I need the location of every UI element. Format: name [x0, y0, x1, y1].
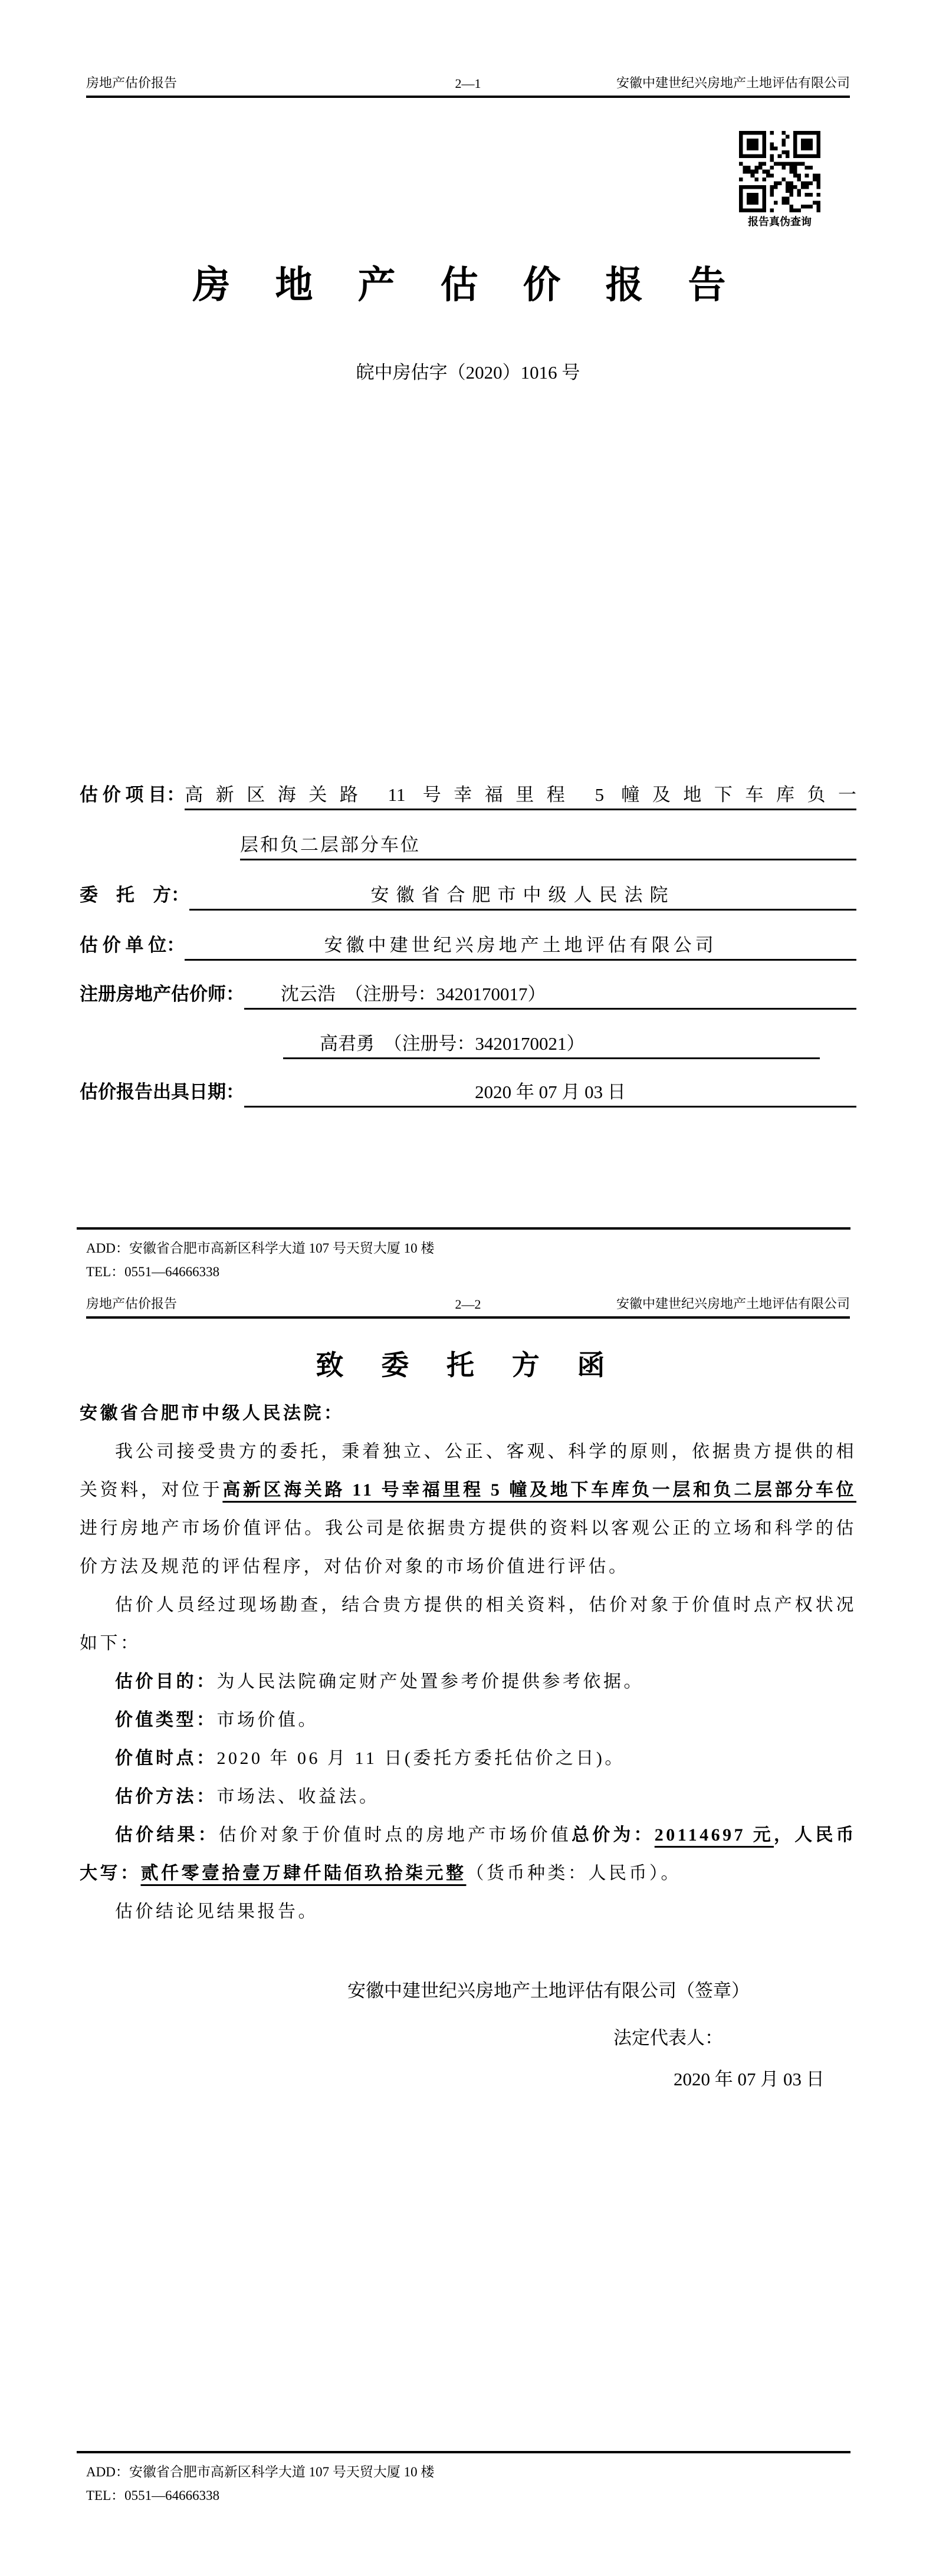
- letter-paragraph-7: 估价结果：估价对象于价值时点的房地产市场价值总价为：20114697 元，人民币…: [80, 1816, 856, 1892]
- field-client-label: 委 托 方：: [80, 880, 189, 911]
- signature-legal-representative: 法定代表人：: [613, 2023, 723, 2049]
- field-appraiser1-value: 沈云浩 （注册号：3420170017）: [244, 979, 856, 1010]
- field-project-line2: 层和负二层部分车位: [80, 830, 856, 860]
- field-appraiser-2: 高君勇 （注册号：3420170021）: [80, 1029, 856, 1059]
- letter-paragraph-2: 估价人员经过现场勘查，结合贵方提供的相关资料，估价对象于价值时点产权状况如下：: [80, 1586, 856, 1662]
- field-issue-date-label: 估价报告出具日期：: [80, 1077, 244, 1108]
- qr-code-image: [739, 131, 820, 212]
- page2-footer: ADD：安徽省合肥市高新区科学大道 107 号天贸大厦 10 楼 TEL：055…: [77, 2451, 850, 2508]
- footer-tel: TEL：0551—64666338: [86, 1260, 850, 1284]
- page2-header-page-number: 2—2: [86, 1297, 850, 1312]
- field-project-value-line2: 层和负二层部分车位: [240, 830, 856, 860]
- field-agency-value: 安徽中建世纪兴房地产土地评估有限公司: [185, 930, 856, 961]
- page2-header: 房地产估价报告 2—2 安徽中建世纪兴房地产土地评估有限公司: [86, 1294, 850, 1319]
- field-project-value: 高新区海关路 11 号幸福里程 5 幢及地下车库负一: [185, 780, 856, 810]
- letter-paragraph-5: 价值时点：2020 年 06 月 11 日(委托方委托估价之日)。: [80, 1739, 856, 1777]
- field-issue-date: 估价报告出具日期： 2020 年 07 月 03 日: [80, 1077, 856, 1108]
- letter-paragraph-4: 价值类型：市场价值。: [80, 1701, 856, 1739]
- letter-paragraph-3: 估价目的：为人民法院确定财产处置参考价提供参考依据。: [80, 1662, 856, 1701]
- signature-date: 2020 年 07 月 03 日: [674, 2064, 825, 2091]
- letter-heading: 致 委 托 方 函: [0, 1343, 936, 1383]
- field-appraisal-agency: 估 价 单 位： 安徽中建世纪兴房地产土地评估有限公司: [80, 930, 856, 961]
- page1-footer: ADD：安徽省合肥市高新区科学大道 107 号天贸大厦 10 楼 TEL：055…: [77, 1227, 850, 1284]
- field-agency-label: 估 价 单 位：: [80, 930, 185, 961]
- signature-company: 安徽中建世纪兴房地产土地评估有限公司（签章）: [347, 1976, 750, 2002]
- page1-header-page-number: 2—1: [86, 76, 850, 91]
- letter-paragraph-8: 估价结论见结果报告。: [80, 1892, 856, 1931]
- field-project: 估 价 项 目： 高新区海关路 11 号幸福里程 5 幢及地下车库负一: [80, 780, 856, 810]
- letter-paragraph-1: 我公司接受贵方的委托，秉着独立、公正、客观、科学的原则，依据贵方提供的相关资料，…: [80, 1432, 856, 1586]
- field-appraiser2-value: 高君勇 （注册号：3420170021）: [283, 1029, 820, 1059]
- field-appraiser-1: 注册房地产估价师： 沈云浩 （注册号：3420170017）: [80, 979, 856, 1010]
- report-document: 房地产估价报告 2—1 安徽中建世纪兴房地产土地评估有限公司 报告真伪查询 房 …: [0, 0, 936, 2576]
- letter-paragraph-6: 估价方法：市场法、收益法。: [80, 1777, 856, 1816]
- footer-address: ADD：安徽省合肥市高新区科学大道 107 号天贸大厦 10 楼: [86, 1237, 850, 1260]
- report-number: 皖中房估字（2020）1016 号: [0, 357, 936, 384]
- document-title: 房 地 产 估 价 报 告: [0, 255, 936, 309]
- field-issue-date-value: 2020 年 07 月 03 日: [244, 1077, 856, 1108]
- footer-address: ADD：安徽省合肥市高新区科学大道 107 号天贸大厦 10 楼: [86, 2460, 850, 2484]
- field-client: 委 托 方： 安徽省合肥市中级人民法院: [80, 880, 856, 911]
- field-client-value: 安徽省合肥市中级人民法院: [189, 880, 856, 911]
- letter-body: 安徽省合肥市中级人民法院： 我公司接受贵方的委托，秉着独立、公正、客观、科学的原…: [80, 1394, 856, 1931]
- field-project-label: 估 价 项 目：: [80, 780, 185, 810]
- qr-caption: 报告真伪查询: [729, 213, 830, 229]
- field-appraiser-label: 注册房地产估价师：: [80, 979, 244, 1010]
- qr-code-icon: [739, 131, 820, 212]
- letter-salutation: 安徽省合肥市中级人民法院：: [80, 1394, 856, 1432]
- footer-tel: TEL：0551—64666338: [86, 2484, 850, 2508]
- page1-header: 房地产估价报告 2—1 安徽中建世纪兴房地产土地评估有限公司: [86, 73, 850, 98]
